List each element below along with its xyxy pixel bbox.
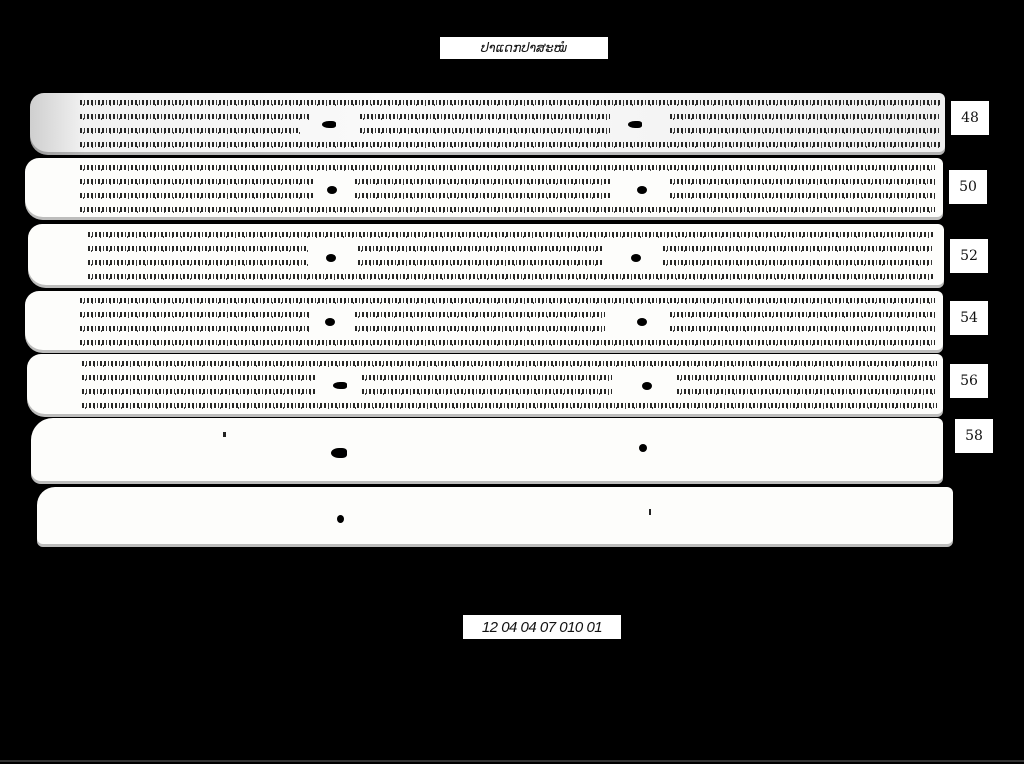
text-line <box>362 374 612 381</box>
text-line <box>355 325 605 332</box>
leaf-number-label: 50 <box>949 170 987 204</box>
binding-hole <box>639 444 647 452</box>
text-line <box>670 113 940 120</box>
binding-hole <box>331 448 347 458</box>
text-line <box>80 192 315 199</box>
palm-leaf-50 <box>25 158 943 220</box>
text-line <box>670 325 935 332</box>
text-line <box>677 388 937 395</box>
leaf-number-label: 56 <box>950 364 988 398</box>
text-line <box>88 231 933 238</box>
text-line <box>80 311 310 318</box>
text-line <box>82 360 937 367</box>
text-line <box>360 127 610 134</box>
scan-bottom-edge <box>0 760 1024 762</box>
catalog-code-text: 12 04 04 07 010 01 <box>482 619 602 636</box>
text-line <box>358 259 603 266</box>
binding-hole <box>642 382 652 390</box>
leaf-number-label: 48 <box>951 101 989 135</box>
text-line <box>670 192 935 199</box>
text-line <box>80 141 940 148</box>
catalog-code-label: 12 04 04 07 010 01 <box>463 615 621 639</box>
binding-hole <box>628 121 642 128</box>
text-line <box>355 178 610 185</box>
text-line <box>670 311 935 318</box>
text-line <box>362 388 612 395</box>
text-line <box>82 374 317 381</box>
text-line <box>80 99 940 106</box>
text-line <box>670 127 940 134</box>
binding-hole <box>322 121 336 128</box>
leaf-blemish <box>649 509 651 515</box>
text-line <box>80 325 310 332</box>
leaf-number-label: 54 <box>950 301 988 335</box>
palm-leaf-56 <box>27 354 943 417</box>
palm-leaf-58 <box>31 418 943 484</box>
binding-hole <box>326 254 336 262</box>
manuscript-title-label: ປາແດກປາສະໝໍ <box>440 37 608 59</box>
text-line <box>355 192 610 199</box>
palm-leaf-52 <box>28 224 944 288</box>
title-text: ປາແດກປາສະໝໍ <box>481 41 567 56</box>
palm-leaf-unnumbered <box>37 487 953 547</box>
text-line <box>360 113 610 120</box>
binding-hole <box>327 186 337 194</box>
palm-leaf-48 <box>30 93 945 155</box>
binding-hole <box>337 515 344 523</box>
text-line <box>80 164 935 171</box>
text-line <box>80 178 315 185</box>
text-line <box>88 273 933 280</box>
binding-hole <box>333 382 347 389</box>
text-line <box>663 245 933 252</box>
text-line <box>355 311 605 318</box>
text-line <box>358 245 603 252</box>
text-line <box>88 245 308 252</box>
palm-leaf-54 <box>25 291 943 353</box>
binding-hole <box>637 186 647 194</box>
binding-hole <box>631 254 641 262</box>
binding-hole <box>637 318 647 326</box>
text-line <box>80 339 935 346</box>
text-line <box>88 259 308 266</box>
leaf-number-label: 58 <box>955 419 993 453</box>
text-line <box>82 402 937 409</box>
text-line <box>670 178 935 185</box>
leaf-blemish <box>223 432 226 437</box>
text-line <box>82 388 317 395</box>
text-line <box>80 127 300 134</box>
text-line <box>80 113 310 120</box>
binding-hole <box>325 318 335 326</box>
text-line <box>663 259 933 266</box>
leaf-number-label: 52 <box>950 239 988 273</box>
text-line <box>80 297 935 304</box>
text-line <box>80 206 935 213</box>
text-line <box>677 374 937 381</box>
